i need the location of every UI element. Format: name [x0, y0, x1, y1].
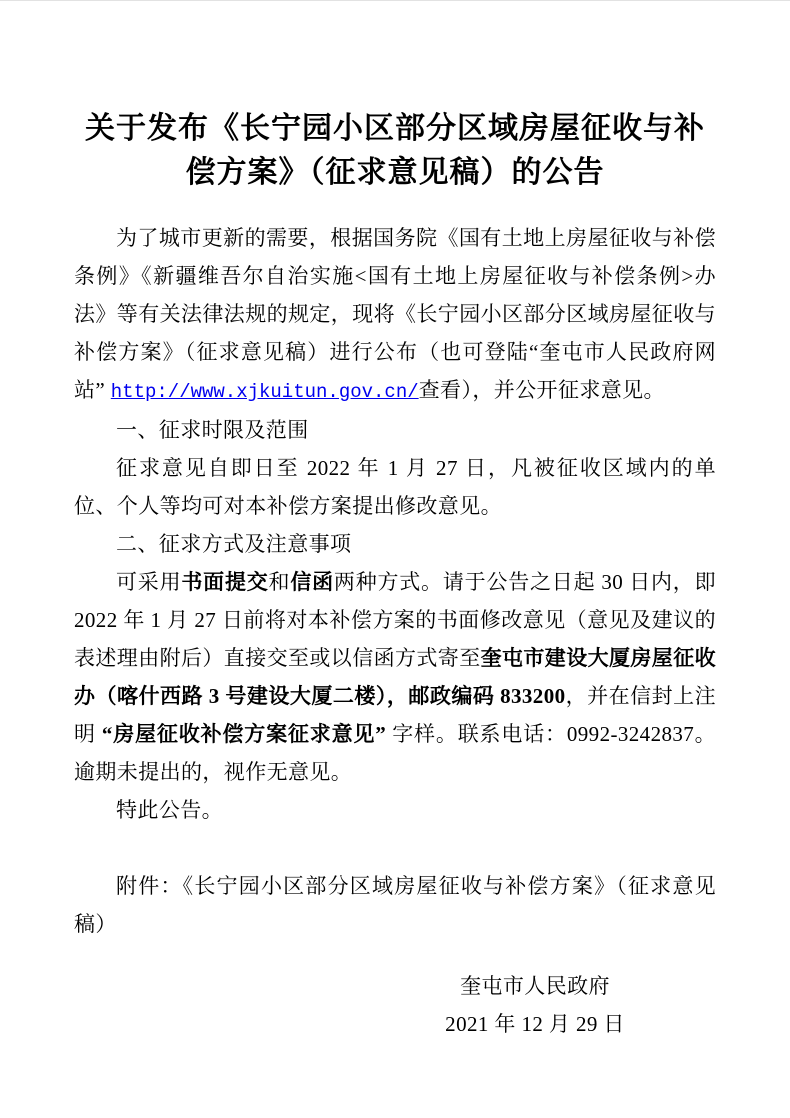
government-website-link[interactable]: http://www.xjkuitun.gov.cn/ — [111, 381, 419, 403]
blank-line — [74, 829, 716, 867]
announcement-page: 关于发布《长宁园小区部分区域房屋征收与补偿方案》（征求意见稿）的公告 为了城市更… — [0, 0, 790, 1118]
body-text: 为了城市更新的需要，根据国务院《国有土地上房屋征收与补偿条例》《新疆维吾尔自治实… — [74, 226, 716, 402]
section-1-heading: 一、征求时限及范围 — [74, 411, 716, 449]
attachment-paragraph: 附件：《长宁园小区部分区域房屋征收与补偿方案》（征求意见稿） — [74, 867, 716, 943]
body-text: 二、征求方式及注意事项 — [116, 532, 351, 556]
body-text: 附件：《长宁园小区部分区域房屋征收与补偿方案》（征求意见稿） — [74, 874, 716, 936]
document-body: 为了城市更新的需要，根据国务院《国有土地上房屋征收与补偿条例》《新疆维吾尔自治实… — [74, 219, 716, 943]
emphasis-text: 书面提交 — [181, 570, 268, 594]
body-text: 征求意见自即日至 2022 年 1 月 27 日，凡被征收区域内的单位、个人等均… — [74, 456, 716, 518]
emphasis-text: 信函 — [290, 570, 334, 594]
section-2-heading: 二、征求方式及注意事项 — [74, 525, 716, 563]
body-text: 可采用 — [116, 570, 181, 594]
section-2-body: 可采用书面提交和信函两种方式。请于公告之日起 30 日内，即 2022 年 1 … — [74, 563, 716, 791]
section-1-body: 征求意见自即日至 2022 年 1 月 27 日，凡被征收区域内的单位、个人等均… — [74, 449, 716, 525]
document-title: 关于发布《长宁园小区部分区域房屋征收与补偿方案》（征求意见稿）的公告 — [79, 107, 711, 195]
emphasis-text: “房屋征收补偿方案征求意见” — [102, 722, 386, 746]
signature-date: 2021 年 12 月 29 日 — [354, 1005, 716, 1043]
body-text: 查看），并公开征求意见。 — [419, 378, 665, 402]
body-text: 和 — [269, 570, 291, 594]
signature-block: 奎屯市人民政府 2021 年 12 月 29 日 — [354, 967, 716, 1043]
body-text: 特此公告。 — [116, 798, 223, 822]
signature-issuer: 奎屯市人民政府 — [354, 967, 716, 1005]
body-text: 一、征求时限及范围 — [116, 418, 309, 442]
intro-paragraph: 为了城市更新的需要，根据国务院《国有土地上房屋征收与补偿条例》《新疆维吾尔自治实… — [74, 219, 716, 411]
closing-paragraph: 特此公告。 — [74, 791, 716, 829]
